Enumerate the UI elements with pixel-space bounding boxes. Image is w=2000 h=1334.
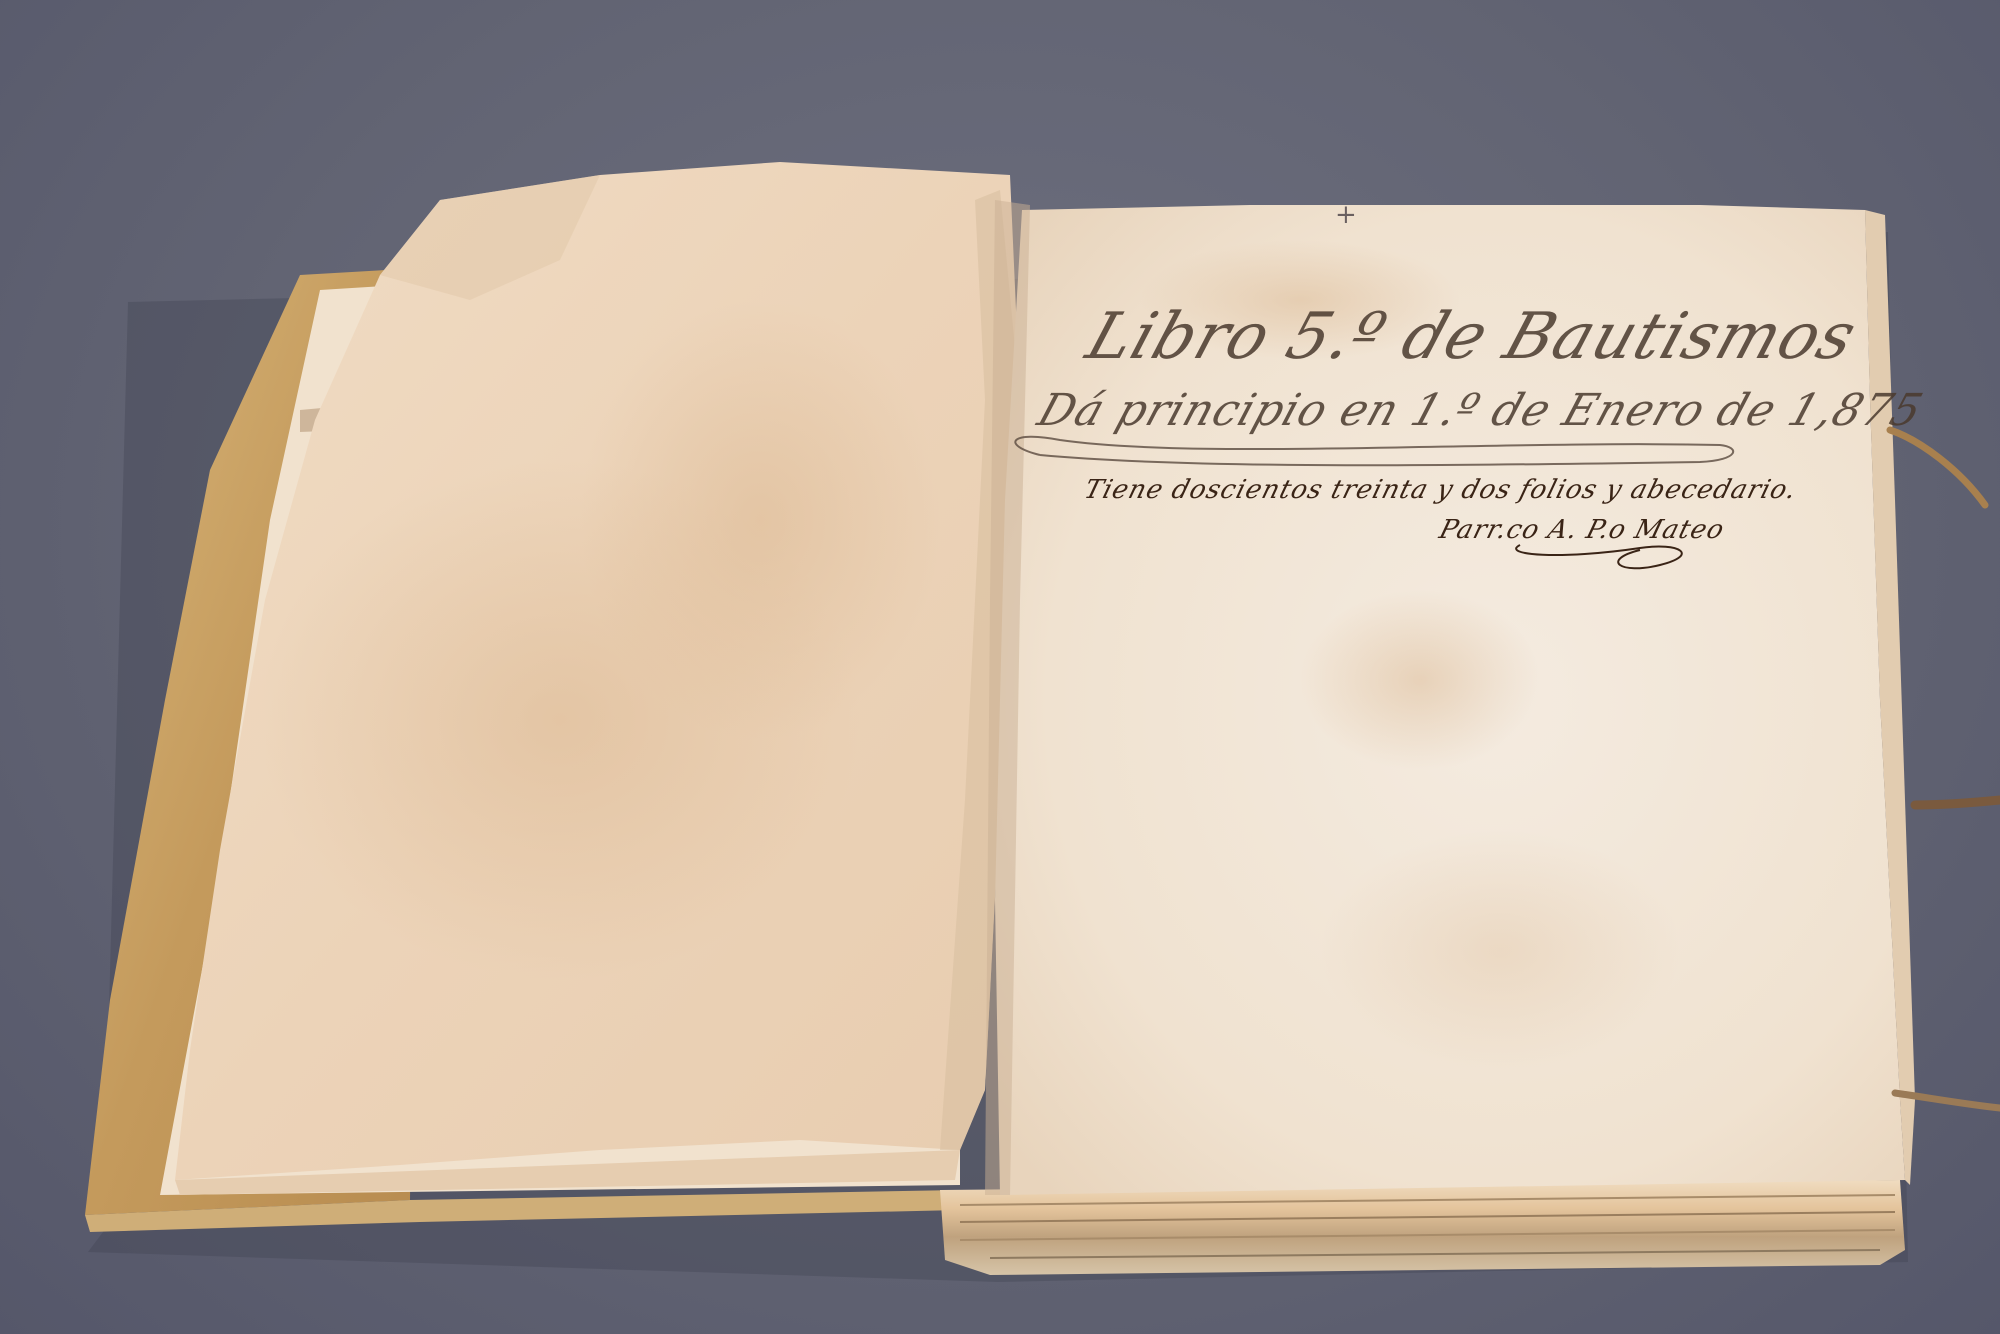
photo-scene: + Libro 5.º de Bautismos Dá principio en… bbox=[0, 0, 2000, 1334]
signature: Parr.co A. P.o Mateo bbox=[1436, 515, 1728, 545]
page-title: Libro 5.º de Bautismos bbox=[1078, 300, 1866, 374]
folio-note: Tiene doscientos treinta y dos folios y … bbox=[1081, 475, 1800, 505]
book-photo bbox=[0, 0, 2000, 1334]
corner-mark: + bbox=[1335, 200, 1358, 230]
page-subtitle: Dá principio en 1.º de Enero de 1,875 bbox=[1032, 385, 1929, 436]
